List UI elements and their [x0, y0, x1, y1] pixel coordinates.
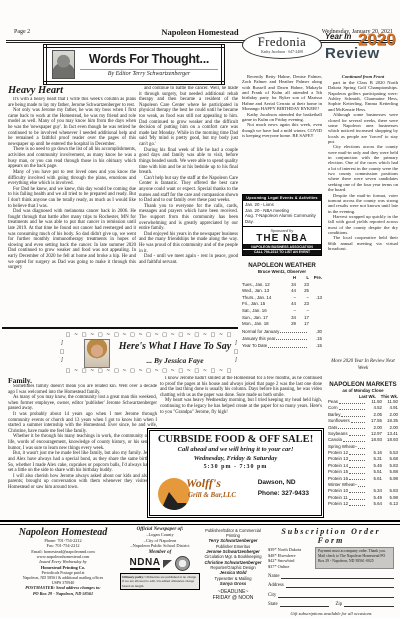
official-items: –Logan County–City of Napoleon–Napoleon … — [120, 532, 200, 549]
state-input-line[interactable] — [280, 602, 330, 607]
fredonia-column-logo: Fredonia Kathy Jacobson · 647-2408 — [242, 31, 322, 59]
staff-entry: Publisher Emeritus Jerome Schwartzenberg… — [202, 544, 264, 555]
dotted-leader — [280, 328, 307, 334]
price-option: $37* Online — [268, 564, 312, 570]
family-column-1: Sometimes family doesn't mean you are re… — [8, 384, 157, 508]
dotted-leader — [349, 476, 365, 481]
wolffs-grill-ad: CURBSIDE FOOD & OFF SALE! Call ahead and… — [147, 428, 324, 518]
official-item: –Napoleon Public School District — [120, 543, 200, 549]
weather-summary-row: January this year .15 — [242, 335, 322, 342]
sponsor-name: THE NBA — [243, 233, 321, 244]
heres-what-i-have-to-say-banner: □ ~ □ ~ □ ~ □ ~ □ ~ □ ~ □ ~ □ ~ □ ~ □ ~ … — [58, 332, 240, 374]
weather-low: 25 — [296, 288, 309, 295]
dotted-leader — [349, 450, 365, 455]
dotted-leader — [351, 418, 365, 423]
ad-headline: CURBSIDE FOOD & OFF SALE! — [150, 434, 321, 445]
paragraph: Although some businesses were closed for… — [328, 112, 398, 144]
paragraph: City elections across the county were ma… — [328, 144, 398, 192]
year-in-label: Year In — [325, 32, 351, 41]
market-row: Protein 12 5.64 6.13 — [328, 501, 398, 507]
paragraph: Not much news again this week, even thou… — [242, 122, 322, 138]
more-next-week-note: More 2020 Year In Review Next Week — [328, 359, 398, 372]
words-for-thought-box: Words For Thought... By Editor Terry Sch… — [46, 47, 222, 82]
paragraph: For Dad he knew, and we knew, this day w… — [8, 187, 136, 209]
dotted-leader — [358, 482, 365, 487]
dotted-leader — [339, 399, 365, 404]
dotted-leader — [276, 335, 307, 341]
markets-table: Peas 11.50 11.50 Corn 4.52 4.91 Barley 2… — [328, 399, 398, 507]
address-field[interactable]: Address — [268, 583, 394, 588]
weather-day: Tues., Jan. 12 — [242, 282, 283, 289]
dotted-leader — [341, 412, 365, 417]
weather-row: Wed., Jan. 13 44 25 — [242, 288, 322, 295]
paragraph: Dad was diagnosed with melanoma cancer b… — [8, 209, 136, 271]
col-precip: Pre. — [309, 275, 322, 282]
name-label: Name — [268, 574, 279, 579]
fredonia-correspondent: Kathy Jacobson · 647-2408 — [243, 50, 321, 54]
newspaper-page: Page 2 Napoleon Homestead Wednesday, Jan… — [0, 0, 400, 618]
paragraph: part in the Class B 2020 North Dakota Sp… — [328, 80, 398, 112]
weather-table-header: H L Pre. — [242, 275, 322, 282]
weather-day: Sun., Jan. 17 — [242, 315, 283, 322]
paragraph: Kathy Jacobson attended the basketball g… — [242, 112, 322, 123]
summary-value: .15 — [308, 335, 322, 342]
address-input-line[interactable] — [286, 583, 394, 588]
masthead-box: Napoleon Homestead Phone: 701-754-2212 F… — [10, 527, 200, 613]
dotted-leader — [349, 463, 365, 468]
heavy-heart-column-2: and continue to battle the cancer. Well,… — [139, 86, 238, 325]
staff-entry: Publisher/Editor & Commercial Printing T… — [202, 528, 264, 544]
sponsor-phone-bar: Call 794-2212 to list an event — [243, 250, 321, 255]
markets-subtitle: as of Monday Close — [328, 388, 398, 393]
decorative-border-left: ∫ □ ∫ — [58, 339, 66, 367]
weather-precip — [309, 282, 322, 289]
masthead-postmaster-1: POSTMASTER: Send address changes to: — [10, 585, 116, 590]
summary-label: January this year — [242, 335, 275, 342]
weather-precip — [309, 308, 322, 315]
masthead-rule — [0, 520, 400, 525]
city-input-line[interactable] — [278, 593, 394, 598]
masthead-staff: Publisher/Editor & Commercial Printing T… — [202, 528, 264, 601]
sponsor-box: Sponsored by THE NBA Napoleon Business A… — [242, 227, 322, 256]
this-week-price: 6.13 — [382, 501, 398, 507]
summary-label: Normal for January — [242, 328, 279, 335]
ad-line-1: Call ahead and we will bring it to your … — [150, 446, 321, 453]
weather-low: 23 — [296, 282, 309, 289]
continued-from-front-note: Continued from Front — [328, 74, 398, 79]
editor-photo — [52, 50, 75, 79]
paragraph: During his final week of life he had a c… — [139, 148, 238, 176]
ad-hours: 5:30 pm - 7:30 pm — [150, 464, 321, 470]
banner-byline: ... By Jessica Faye — [116, 356, 234, 365]
weather-row: Thurs., Jan. 14 – – .13 — [242, 295, 322, 302]
ad-contact: Dawson, ND Phone: 327-9433 — [258, 478, 309, 499]
weather-precip — [309, 288, 322, 295]
summary-label: Year To Date — [242, 342, 267, 349]
ndna-eagle-icon — [163, 560, 172, 568]
masthead-title: Napoleon Homestead — [10, 527, 116, 538]
dotted-leader — [268, 342, 307, 348]
column-title: Words For Thought... — [80, 52, 218, 66]
wolffs-logo: Wolff's Grill & Bar,LLC — [158, 474, 254, 512]
paragraph: There is no need to go down the list of … — [8, 147, 136, 169]
weather-high: 44 — [283, 288, 296, 295]
wolf-icon — [174, 503, 188, 510]
weather-table: Tues., Jan. 12 34 23 Wed., Jan. 13 44 25… — [242, 282, 322, 328]
dotted-leader — [349, 431, 365, 436]
weather-observer: Bruce Wentz, Observer — [242, 269, 322, 274]
dotted-leader — [349, 488, 365, 493]
weather-day: Wed., Jan. 13 — [242, 288, 283, 295]
weather-low: – — [296, 295, 309, 302]
paragraph: and continue to battle the cancer. Well,… — [139, 86, 238, 148]
weather-low: 17 — [296, 321, 309, 328]
zip-label: Zip — [335, 602, 342, 607]
staff-name: Terry Schwartzenberger — [202, 538, 264, 544]
weather-row: Mon., Jan. 18 29 17 — [242, 321, 322, 328]
event-item: Aug. 7-Napoleon Alumni Community Day. — [245, 213, 319, 224]
paragraph: Dad enjoyed his years in the newspaper b… — [139, 232, 238, 254]
weather-row: Tues., Jan. 12 34 23 — [242, 282, 322, 289]
paragraph: Sometimes family doesn't mean you are re… — [8, 384, 157, 395]
review-paragraphs: part in the Class B 2020 North Dakota Sp… — [328, 80, 398, 252]
address-label: Address — [268, 583, 284, 588]
dotted-leader — [349, 495, 365, 500]
state-zip-field[interactable]: State Zip — [268, 602, 394, 607]
dotted-leader — [338, 425, 365, 430]
paragraph: But, it wasn't just me he made feel like… — [8, 451, 157, 473]
zip-input-line[interactable] — [344, 602, 394, 607]
col-high: H — [283, 275, 296, 282]
wolffs-logo-sub: Grill & Bar,LLC — [188, 491, 236, 499]
weather-precip — [309, 321, 322, 328]
weather-low: – — [296, 308, 309, 315]
summary-value: .30 — [308, 328, 322, 335]
obituary-policy-box: Obituary policy: Obituaries are publishe… — [120, 573, 200, 590]
name-field[interactable]: Name — [268, 574, 394, 579]
paragraph: Harvest wrapped up quickly in the fall w… — [328, 214, 398, 235]
ad-line-2: Wednesday, Friday & Saturday — [150, 455, 321, 462]
dotted-leader — [358, 444, 365, 449]
masthead-postmaster-2: PO Box 29 - Napoleon, ND 58561 — [10, 591, 116, 596]
fredonia-news-column: Recently Betty Hahne, Denise Palmer, Zac… — [242, 74, 322, 192]
weather-high: 44 — [283, 301, 296, 308]
ad-phone: Phone: 327-9433 — [258, 489, 309, 499]
ad-city: Dawson, ND — [258, 478, 309, 488]
wolffs-logo-name: Wolff's — [186, 476, 221, 491]
decorative-border-bottom: □ ~ □ ~ □ ~ □ ~ □ ~ □ ~ □ ~ □ ~ □ ~ □ ~ … — [58, 368, 240, 374]
frame-corner-icon — [221, 81, 225, 85]
paragraph: Recently Betty Hahne, Denise Palmer, Zac… — [242, 74, 322, 112]
paragraph: The local cooperative held their 66th an… — [328, 235, 398, 251]
dotted-leader — [349, 501, 365, 506]
article-title-heavy-heart: Heavy Heart — [8, 85, 63, 96]
paragraph: It was probably about 14 years ago when … — [8, 412, 157, 434]
events-section: Upcoming Legal Events & Activities Jan. … — [242, 194, 322, 256]
weather-high: 34 — [283, 315, 296, 322]
summary-value: .15 — [308, 342, 322, 349]
masthead-contact: Napoleon Homestead Phone: 701-754-2212 F… — [10, 527, 116, 613]
weather-row: Sat., Jan. 16 – – — [242, 308, 322, 315]
banner-title: Here's What I Have To Say — [116, 341, 234, 352]
name-input-line[interactable] — [281, 574, 394, 579]
weather-day: Fri., Jan. 15 — [242, 301, 283, 308]
upcoming-events-box: Upcoming Legal Events & Activities Jan. … — [242, 194, 322, 227]
paragraph: Whether it be through his many teachings… — [8, 434, 157, 451]
weather-summary-row: Normal for January .30 — [242, 328, 322, 335]
frame-corner-icon — [43, 44, 47, 48]
paragraph: Thank you to everyone for the calls, car… — [139, 204, 238, 232]
staff-entry: Typesetter & Mailing Sonya Gross — [202, 576, 264, 587]
weather-row: Sun., Jan. 17 34 17 — [242, 315, 322, 322]
weather-low: 17 — [296, 315, 309, 322]
weather-high: – — [283, 308, 296, 315]
weather-summary-row: Year To Date .15 — [242, 342, 322, 349]
events-list: Jan. 20 - LionsJan. 20 - NBA meetingAug.… — [243, 201, 321, 226]
dotted-leader — [339, 405, 365, 410]
jessica-photo — [84, 339, 110, 368]
payment-instructions: Payment must accompany order. Thank you.… — [315, 547, 394, 569]
weather-day: Mon., Jan. 18 — [242, 321, 283, 328]
staff-role: Publisher/Editor & Commercial Printing — [202, 528, 264, 538]
fredonia-title: Fredonia — [243, 35, 321, 50]
dotted-leader — [343, 437, 365, 442]
state-label: State — [268, 602, 278, 607]
weather-day: Sat., Jan. 16 — [242, 308, 283, 315]
weather-title: NAPOLEON WEATHER — [242, 262, 322, 269]
ndna-logo: NDNA — [130, 558, 161, 570]
paragraph: Many of you have put to rest loved ones … — [8, 170, 136, 187]
decorative-border-top: □ ~ □ ~ □ ~ □ ~ □ ~ □ ~ □ ~ □ ~ □ ~ □ ~ … — [58, 332, 240, 338]
weather-report: NAPOLEON WEATHER Bruce Wentz, Observer H… — [242, 262, 322, 349]
year-in-review-column: Continued from Front part in the Class B… — [328, 74, 398, 358]
member-seal-icon — [175, 556, 190, 571]
last-week-price: 5.64 — [366, 501, 382, 507]
paragraph: As many of you may know, the community l… — [8, 395, 157, 412]
subscription-title: Subscription Order Form — [268, 527, 394, 545]
weather-high: – — [283, 295, 296, 302]
weather-high: 29 — [283, 321, 296, 328]
sponsor-association-bar: Napoleon Business Association — [243, 244, 321, 249]
staff-role: Circulation Mgr. & Bookkeeping — [202, 554, 264, 559]
weather-low: 23 — [296, 301, 309, 308]
gift-subscriptions-note: Gift subscriptions available for all occ… — [268, 611, 394, 616]
frame-corner-icon — [221, 44, 225, 48]
year-in-review-logo: Year In 2020 Review — [325, 30, 398, 75]
dotted-leader — [349, 456, 365, 461]
column-byline: By Editor Terry Schwartzenberger — [80, 69, 218, 77]
deadline-day: FRIDAY @ NOON — [202, 595, 264, 601]
staff-list: Publisher/Editor & Commercial Printing T… — [202, 528, 264, 587]
masthead-official: Official Newspaper of: –Logan County–Cit… — [120, 527, 200, 613]
staff-entry: Reporter/Graphic Design Jessica Wald — [202, 565, 264, 576]
weather-summary: Normal for January .30 January this year… — [242, 328, 322, 349]
city-label: City — [268, 593, 276, 598]
paragraph: It's with a heavy heart that I write thi… — [8, 97, 136, 108]
markets-title: NAPOLEON MARKETS — [328, 381, 398, 388]
family-column-2: I know Jerome hadn't smiled at the Homes… — [160, 376, 322, 426]
paragraph: My heart was heavy Wednesday morning, bu… — [160, 398, 322, 415]
paragraph: Not only was Jerome my father, he was my… — [8, 108, 136, 147]
staff-entry: Circulation Mgr. & Bookkeeping Christine… — [202, 554, 264, 565]
staff-name: Sonya Gross — [202, 581, 264, 587]
paragraph: Despite the mail-in format, voter turnou… — [328, 193, 398, 214]
paragraph: Dad - until we meet again - rest in peac… — [139, 254, 238, 265]
commodity-label: Protein 12 — [328, 501, 348, 507]
paragraph: I know Jerome hadn't smiled at the Homes… — [160, 376, 322, 398]
weather-precip: .13 — [309, 295, 322, 302]
weather-row: Fri., Jan. 15 44 23 — [242, 301, 322, 308]
subscription-order-form: Subscription Order Form $39* North Dakot… — [268, 527, 394, 613]
city-field[interactable]: City — [268, 593, 394, 598]
member-of-label: Member of — [120, 550, 200, 555]
markets-report: NAPOLEON MARKETS as of Monday Close Last… — [328, 381, 398, 507]
paragraph: Can't help but say the staff at the Napo… — [139, 176, 238, 204]
heavy-heart-column-1: It's with a heavy heart that I write thi… — [8, 97, 136, 304]
dotted-leader — [349, 469, 365, 474]
weather-day: Thurs., Jan. 14 — [242, 295, 283, 302]
col-low: L — [296, 275, 309, 282]
weather-high: 34 — [283, 282, 296, 289]
paragraph: I will also cherish how Jerome always as… — [8, 474, 157, 491]
weather-precip — [309, 315, 322, 322]
weather-precip — [309, 301, 322, 308]
section-divider-rule — [2, 327, 238, 329]
subscription-prices: $39* North Dakota$48* Elsewhere$42* Snow… — [268, 547, 312, 569]
